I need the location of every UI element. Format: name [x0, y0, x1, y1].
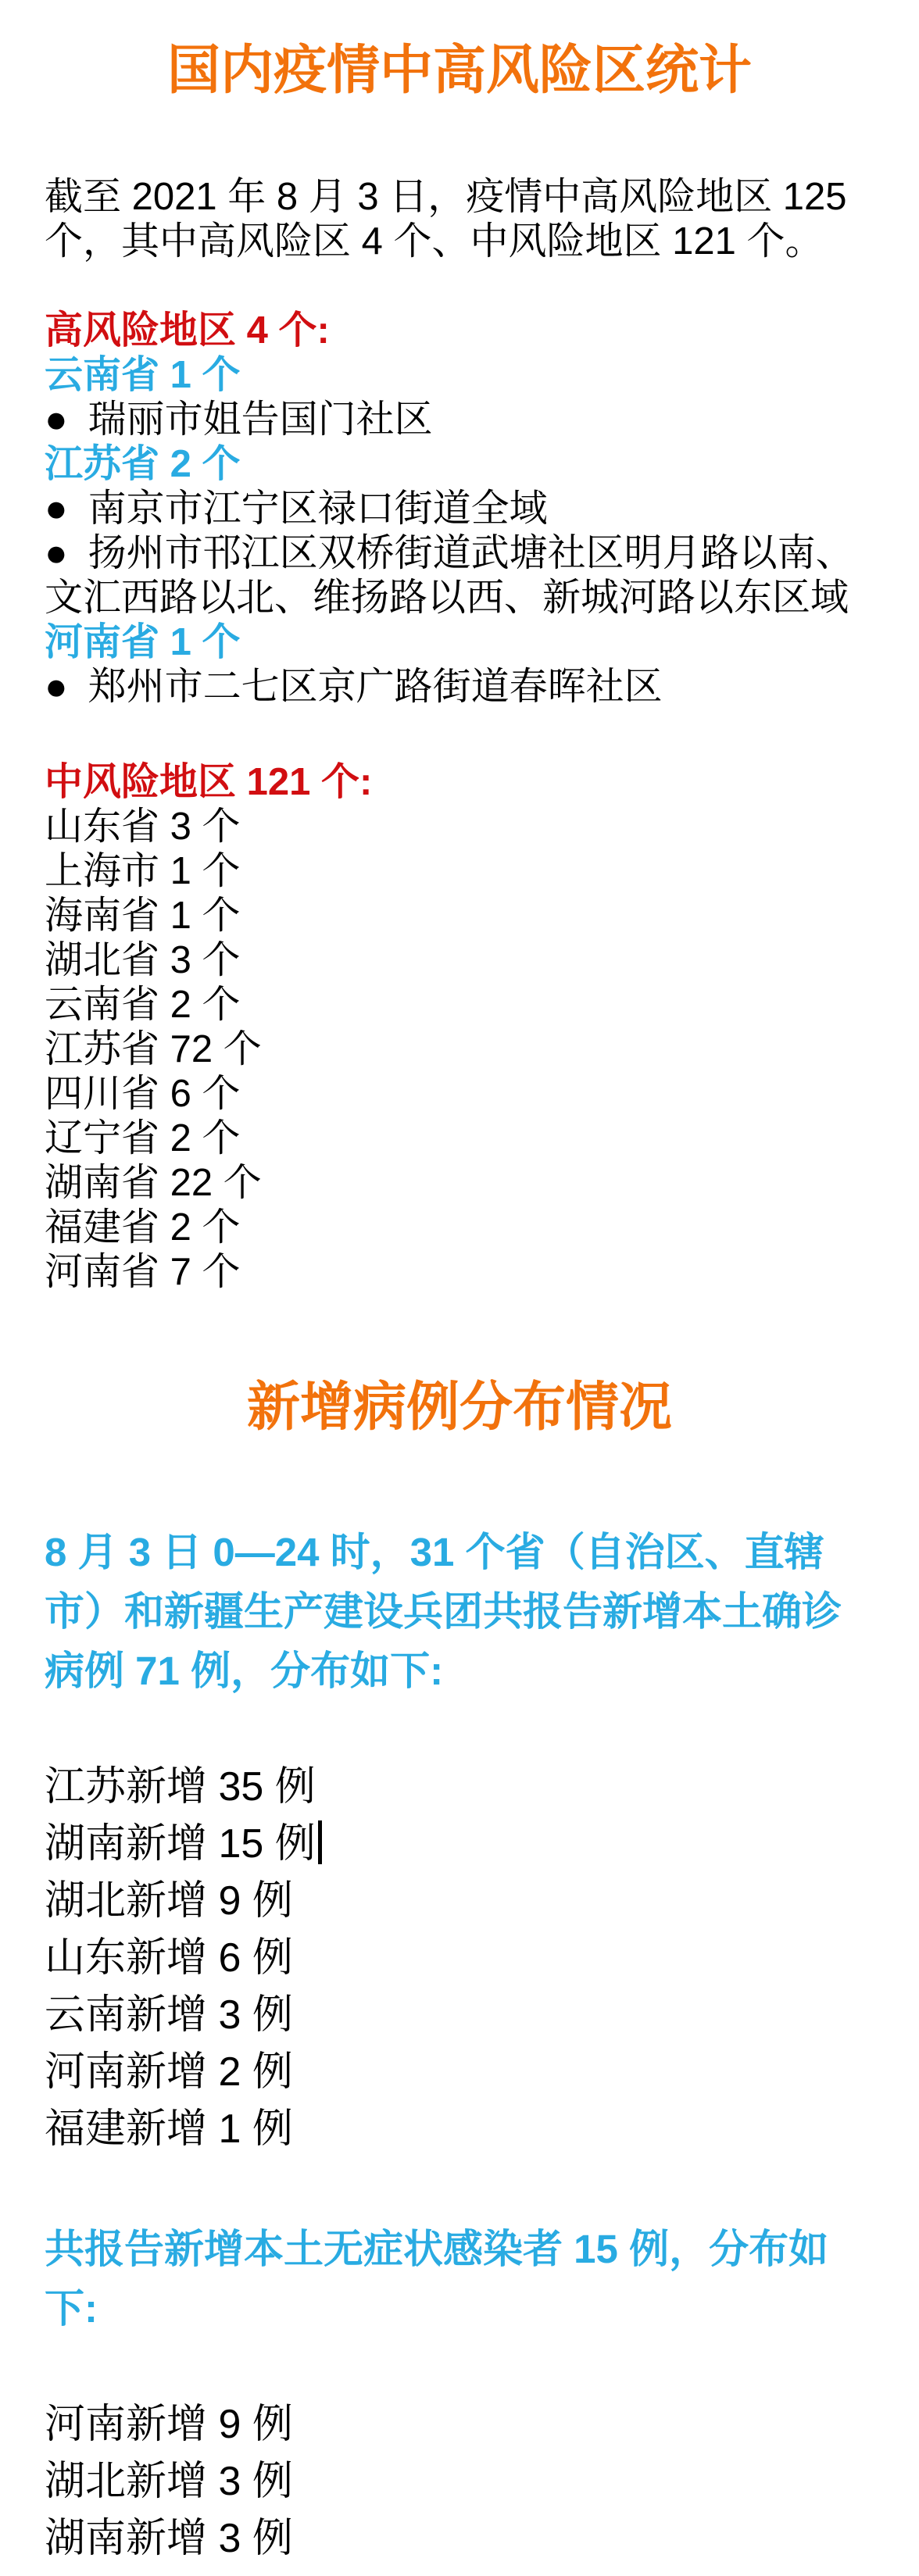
risk-area-block: 高风险地区 4 个: 云南省 1 个 ●瑞丽市姐告国门社区 江苏省 2 个 ●南…: [45, 309, 874, 1295]
confirmed-case-item[interactable]: 湖南新增 15 例: [45, 1816, 874, 1873]
confirmed-case-item[interactable]: 山东新增 6 例: [45, 1930, 874, 1987]
bullet-icon: ●: [45, 488, 68, 530]
medium-risk-item[interactable]: 海南省 1 个: [45, 894, 874, 938]
asymptomatic-case-item[interactable]: 湖南新增 3 例: [45, 2510, 874, 2567]
case-text: 福建新增 1 例: [45, 2106, 293, 2152]
medium-risk-item[interactable]: 云南省 2 个: [45, 983, 874, 1027]
high-risk-area-item[interactable]: ●瑞丽市姐告国门社区: [45, 398, 874, 442]
case-text: 湖南新增 15 例: [45, 1821, 316, 1867]
area-text: 瑞丽市姐告国门社区: [88, 398, 433, 441]
province-subheading[interactable]: 江苏省 2 个: [45, 442, 874, 487]
case-text: 山东新增 6 例: [45, 1935, 293, 1981]
province-subheading[interactable]: 云南省 1 个: [45, 353, 874, 398]
medium-risk-item[interactable]: 江苏省 72 个: [45, 1027, 874, 1072]
medium-risk-item[interactable]: 湖北省 3 个: [45, 938, 874, 983]
asymptomatic-intro[interactable]: 共报告新增本土无症状感染者 15 例，分布如下:: [45, 2220, 874, 2338]
bullet-icon: ●: [45, 398, 68, 441]
section2-title: 新增病例分布情况: [45, 1377, 874, 1437]
medium-risk-item[interactable]: 辽宁省 2 个: [45, 1117, 874, 1161]
area-text: 郑州市二七区京广路街道春晖社区: [88, 666, 663, 708]
case-text: 云南新增 3 例: [45, 1992, 293, 2038]
high-risk-area-item[interactable]: ●南京市江宁区禄口街道全域: [45, 487, 874, 531]
confirmed-case-item[interactable]: 福建新增 1 例: [45, 2101, 874, 2158]
case-text: 湖北新增 9 例: [45, 1878, 293, 1924]
confirmed-cases-list: 江苏新增 35 例 湖南新增 15 例 湖北新增 9 例 山东新增 6 例 云南…: [45, 1759, 874, 2158]
province-subheading[interactable]: 河南省 1 个: [45, 620, 874, 665]
confirmed-case-item[interactable]: 云南新增 3 例: [45, 1987, 874, 2044]
asymptomatic-cases-list: 河南新增 9 例 湖北新增 3 例 湖南新增 3 例: [45, 2396, 874, 2567]
asymptomatic-case-item[interactable]: 湖北新增 3 例: [45, 2453, 874, 2510]
high-risk-area-item[interactable]: ●郑州市二七区京广路街道春晖社区: [45, 665, 874, 709]
section2-intro[interactable]: 8 月 3 日 0—24 时，31 个省（自治区、直辖市）和新疆生产建设兵团共报…: [45, 1523, 874, 1701]
area-text: 南京市江宁区禄口街道全域: [88, 488, 548, 530]
medium-risk-item[interactable]: 山东省 3 个: [45, 805, 874, 849]
medium-risk-item[interactable]: 河南省 7 个: [45, 1250, 874, 1295]
medium-risk-list: 山东省 3 个 上海市 1 个 海南省 1 个 湖北省 3 个 云南省 2 个 …: [45, 805, 874, 1295]
document-page[interactable]: 国内疫情中高风险区统计 截至 2021 年 8 月 3 日，疫情中高风险地区 1…: [0, 0, 919, 2576]
area-text: 扬州市邗江区双桥街道武塘社区明月路以南、文汇西路以北、维扬路以西、新城河路以东区…: [45, 532, 854, 619]
medium-risk-item[interactable]: 四川省 6 个: [45, 1072, 874, 1117]
high-risk-area-item[interactable]: ●扬州市邗江区双桥街道武塘社区明月路以南、文汇西路以北、维扬路以西、新城河路以东…: [45, 531, 874, 620]
high-risk-lines: 云南省 1 个 ●瑞丽市姐告国门社区 江苏省 2 个 ●南京市江宁区禄口街道全域…: [45, 353, 874, 709]
confirmed-case-item[interactable]: 河南新增 2 例: [45, 2044, 874, 2101]
medium-risk-item[interactable]: 上海市 1 个: [45, 849, 874, 894]
medium-risk-heading[interactable]: 中风险地区 121 个:: [45, 760, 874, 805]
high-risk-heading[interactable]: 高风险地区 4 个:: [45, 309, 874, 353]
asymptomatic-case-item[interactable]: 河南新增 9 例: [45, 2396, 874, 2453]
confirmed-case-item[interactable]: 湖北新增 9 例: [45, 1873, 874, 1930]
bullet-icon: ●: [45, 666, 68, 708]
bullet-icon: ●: [45, 532, 68, 574]
medium-risk-item[interactable]: 湖南省 22 个: [45, 1161, 874, 1206]
section1-title: 国内疫情中高风险区统计: [45, 0, 874, 100]
section1-intro[interactable]: 截至 2021 年 8 月 3 日，疫情中高风险地区 125 个，其中高风险区 …: [45, 175, 874, 264]
case-text: 河南新增 2 例: [45, 2049, 293, 2095]
case-text: 江苏新增 35 例: [45, 1764, 316, 1810]
medium-risk-item[interactable]: 福建省 2 个: [45, 1206, 874, 1250]
confirmed-case-item[interactable]: 江苏新增 35 例: [45, 1759, 874, 1816]
text-cursor: [318, 1820, 322, 1864]
